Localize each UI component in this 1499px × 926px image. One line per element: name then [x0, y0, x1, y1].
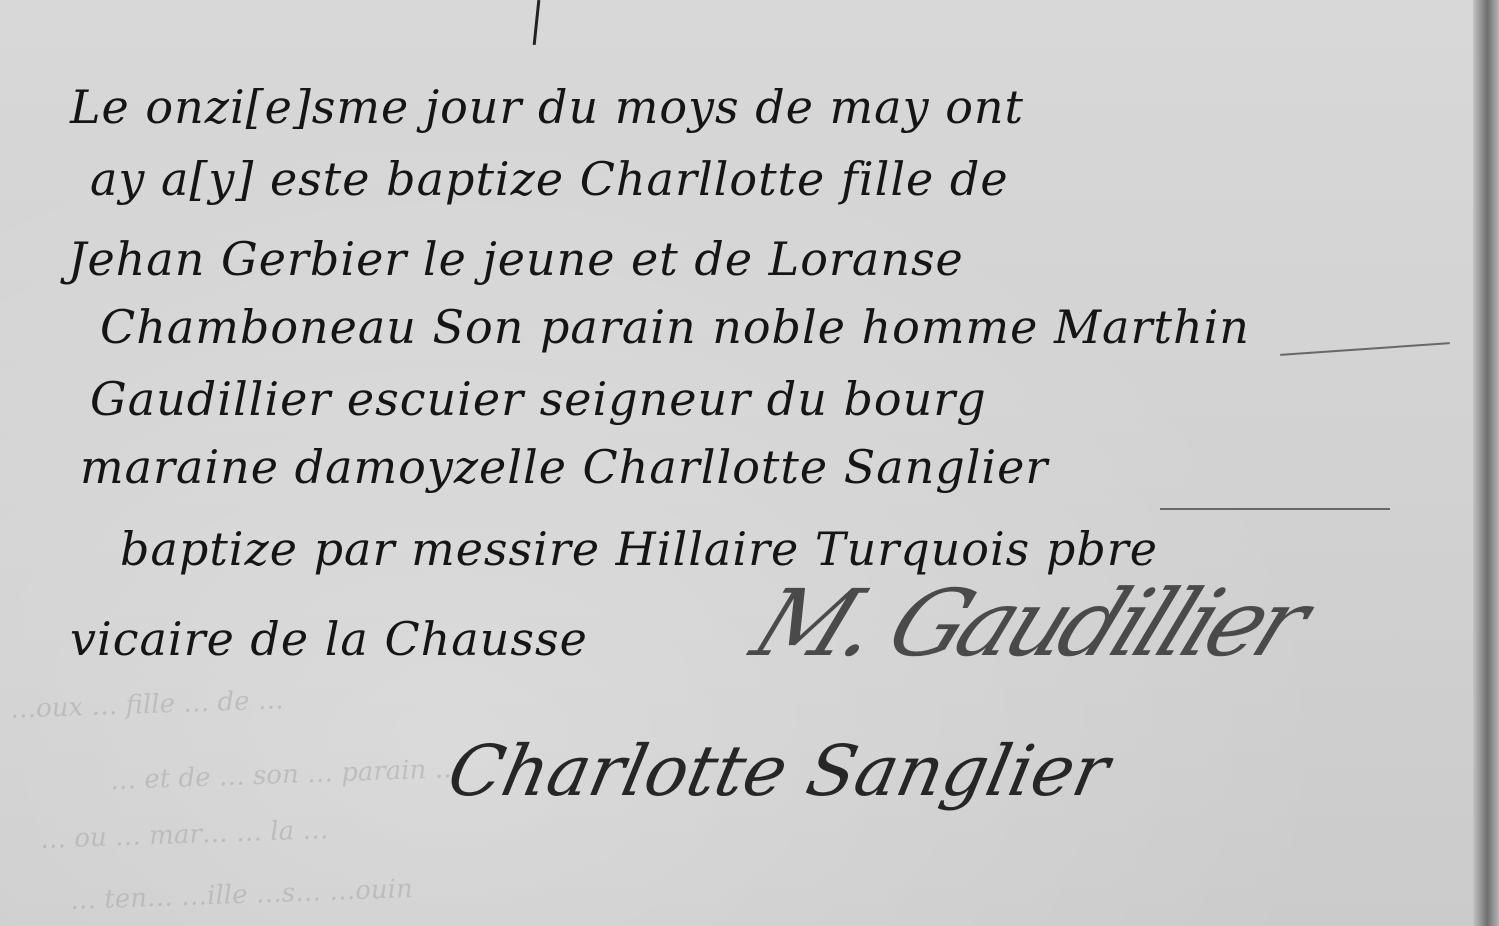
entry-line-7: baptize par messire Hillaire Turquois pb…	[120, 522, 1158, 576]
line-flourish	[1160, 508, 1390, 510]
entry-line-1: Le onzi[e]sme jour du moys de may ont	[70, 80, 1024, 134]
bleed-through-line: … et de … son … parain …	[110, 754, 461, 796]
bleed-through-line: … ten… …ille …s… …ouin	[70, 874, 414, 916]
bleed-through-line: …oux … fille … de …	[10, 685, 285, 725]
register-page: …oux … fille … de … … et de … son … para…	[0, 0, 1499, 926]
entry-line-5: Gaudillier escuier seigneur du bourg	[90, 372, 987, 426]
bleed-through-line: … ou … mar… … la …	[40, 815, 329, 855]
signature-godmother: Charlotte Sanglier	[441, 730, 1116, 812]
entry-line-3: Jehan Gerbier le jeune et de Loranse	[68, 232, 964, 286]
entry-line-4: Chamboneau Son parain noble homme Marthi…	[100, 300, 1250, 354]
entry-line-6: maraine damoyzelle Charllotte Sanglier	[80, 440, 1048, 494]
entry-line-2: ay a[y] este baptize Charllotte fille de	[90, 152, 1009, 206]
signature-godfather: M. Gaudillier	[738, 570, 1319, 677]
line-flourish	[1280, 342, 1450, 356]
ink-stroke	[533, 0, 541, 45]
page-edge	[1473, 0, 1499, 926]
entry-line-8: vicaire de la Chausse	[70, 612, 588, 666]
